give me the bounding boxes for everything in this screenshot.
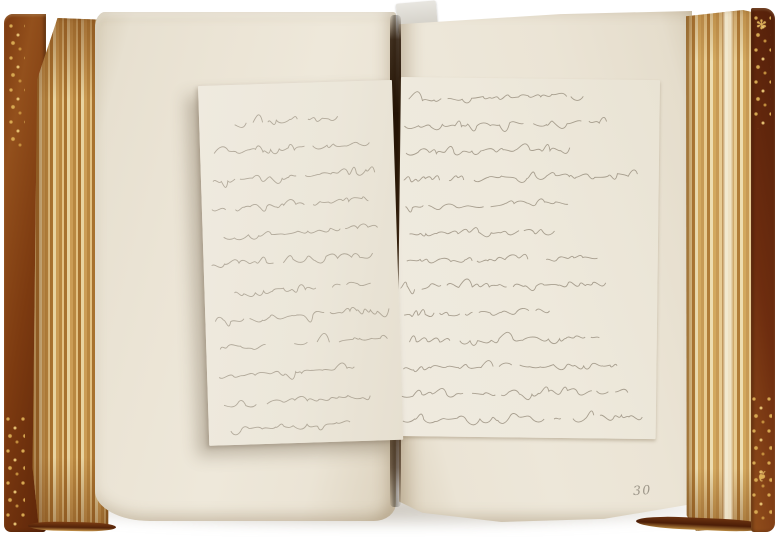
handwritten-line: [409, 91, 584, 104]
handwritten-line: [403, 360, 617, 375]
handwritten-line: [403, 409, 643, 427]
handwritten-line: [400, 278, 605, 296]
handwritten-line: [220, 331, 388, 350]
handwriting-left: [198, 80, 403, 446]
handwritten-line: [405, 197, 568, 214]
handwriting-right: [397, 77, 660, 439]
handwritten-line: [401, 385, 628, 401]
gold-tooling-left-top: [8, 22, 25, 152]
tipped-in-letter-right: [397, 77, 660, 439]
photo-scene: ✻ ❧ 30: [0, 0, 782, 537]
handwritten-line: [224, 394, 371, 407]
gold-tooling-ornament-icon: ❧: [753, 469, 769, 482]
gold-tooling-left-bottom: [5, 415, 25, 527]
handwritten-line: [406, 142, 570, 157]
gilt-page-edges-right: [686, 10, 757, 531]
handwritten-line: [409, 331, 599, 347]
handwritten-line: [223, 224, 377, 241]
gold-tooling-right-bottom: [751, 395, 772, 525]
handwritten-line: [404, 115, 606, 133]
handwritten-line: [234, 112, 347, 128]
handwritten-line: [404, 307, 550, 318]
handwritten-line: [219, 362, 374, 382]
tipped-in-letter-left: [198, 80, 403, 446]
handwritten-line: [211, 252, 384, 267]
handwritten-line: [212, 196, 376, 212]
pencil-folio-number: 30: [632, 481, 667, 501]
handwritten-line: [231, 421, 351, 435]
handwritten-line: [213, 167, 375, 188]
handwritten-line: [214, 142, 370, 156]
handwritten-line: [407, 253, 598, 265]
gold-tooling-ornament-icon: ✻: [756, 18, 767, 31]
handwritten-line: [404, 167, 638, 185]
handwritten-line: [215, 306, 389, 326]
handwritten-line: [409, 227, 554, 238]
handwritten-line: [234, 282, 371, 297]
